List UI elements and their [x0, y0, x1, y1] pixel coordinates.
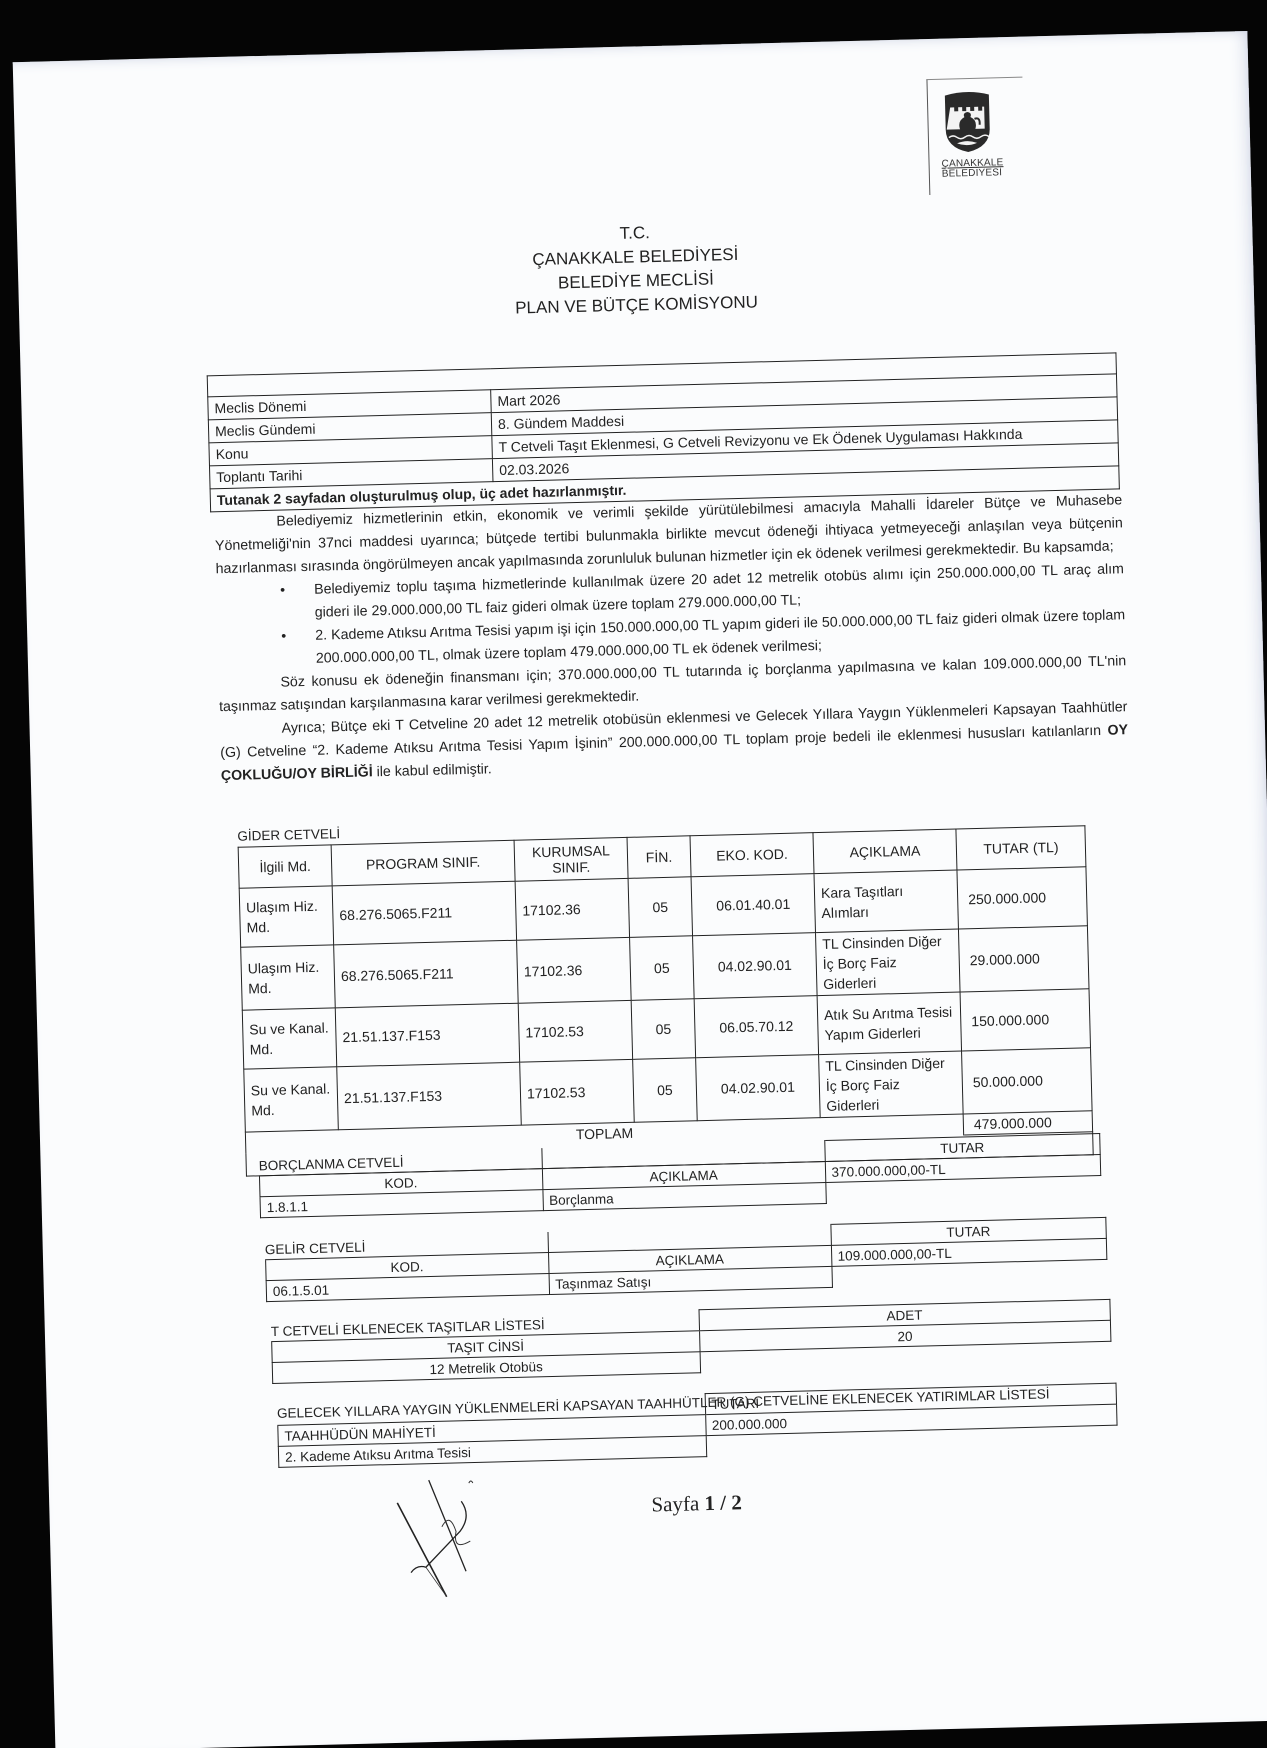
meeting-info-table: Meclis Dönemi Mart 2026 Meclis Gündemi 8… [207, 352, 1120, 512]
cell-eco-code: 06.01.40.01 [691, 874, 815, 936]
col-header: EKO. KOD. [690, 833, 814, 877]
col-header: İlgili Md. [238, 845, 332, 888]
cell-amount: 150.000.000 [960, 989, 1090, 1051]
cell-amount: 50.000.000 [962, 1048, 1093, 1114]
signature-icon [389, 1470, 502, 1603]
col-header: KURUMSAL SINIF. [514, 837, 628, 881]
cell-directorate: Ulaşım Hiz. Md. [241, 945, 336, 1010]
cell-description: Kara Taşıtları Alımları [814, 870, 958, 933]
logo-line-2: BELEDİYESİ [942, 168, 1004, 180]
cell-description: TL Cinsinden Diğer İç Borç Faiz Giderler… [815, 929, 960, 996]
logo-caption: ÇANAKKALE BELEDİYESİ [941, 158, 1003, 180]
cell-institutional: 17102.53 [518, 1000, 632, 1062]
col-header: FİN. [627, 836, 691, 879]
cell-amount: 29.000.000 [958, 926, 1089, 992]
cell-amount: 250.000.000 [957, 867, 1087, 929]
cell-eco-code: 06.05.70.12 [694, 996, 818, 1058]
page-separator: / [715, 1490, 732, 1514]
cell-eco-code: 04.02.90.01 [696, 1055, 821, 1121]
decision-text: Belediyemiz hizmetlerinin etkin, ekonomi… [214, 489, 1129, 788]
gider-title: GİDER CETVELİ [237, 826, 340, 844]
gelir-table: TUTAR KOD.AÇIKLAMA109.000.000,00-TL 06.1… [265, 1217, 1108, 1302]
cell-directorate: Su ve Kanal. Md. [244, 1067, 339, 1132]
page-label: Sayfa [651, 1491, 699, 1516]
decision-text-end: ile kabul edilmiştir. [372, 761, 491, 780]
col-header: PROGRAM SINIF. [331, 840, 515, 886]
cell-program: 21.51.137.F153 [337, 1062, 522, 1130]
page-number: Sayfa 1 / 2 [651, 1490, 742, 1517]
cell-fin: 05 [633, 1058, 698, 1123]
col-header: TUTAR (TL) [956, 826, 1086, 870]
bullet-icon: • [280, 579, 286, 602]
cell-institutional: 17102.53 [520, 1059, 635, 1125]
scanned-page: ÇANAKKALE BELEDİYESİ T.C. ÇANAKKALE BELE… [13, 31, 1267, 1748]
cell-description: Atık Su Arıtma Tesisi Yapım Giderleri [817, 992, 961, 1055]
page-total: 2 [731, 1490, 742, 1514]
t-cetveli-table: ADET TAŞIT CİNSİ20 12 Metrelik Otobüs [271, 1299, 1112, 1384]
cell-institutional: 17102.36 [517, 937, 632, 1003]
municipality-logo: ÇANAKKALE BELEDİYESİ [926, 77, 1025, 195]
col-header: AÇIKLAMA [813, 829, 957, 874]
cell-program: 68.276.5065.F211 [332, 881, 516, 945]
shield-emblem-icon [942, 90, 994, 153]
cell-eco-code: 04.02.90.01 [693, 933, 818, 999]
document-header: T.C. ÇANAKKALE BELEDİYESİ BELEDİYE MECLİ… [17, 206, 1254, 333]
cell-fin: 05 [630, 936, 695, 1001]
cell-fin: 05 [631, 999, 695, 1060]
cell-directorate: Su ve Kanal. Md. [242, 1008, 336, 1069]
cell-program: 68.276.5065.F211 [334, 940, 519, 1008]
bullet-icon: • [281, 625, 287, 648]
cell-fin: 05 [628, 877, 692, 938]
cell-description: TL Cinsinden Diğer İç Borç Faiz Giderler… [819, 1051, 964, 1118]
cell-program: 21.51.137.F153 [335, 1003, 519, 1067]
g-cetveli-table: TUTARI TAAHHÜDÜN MAHİYETİ200.000.000 2. … [277, 1383, 1118, 1468]
cell-institutional: 17102.36 [515, 878, 629, 940]
gider-table: İlgili Md. PROGRAM SINIF. KURUMSAL SINIF… [238, 825, 1094, 1176]
cell-directorate: Ulaşım Hiz. Md. [239, 886, 333, 947]
page-current: 1 [704, 1491, 715, 1515]
